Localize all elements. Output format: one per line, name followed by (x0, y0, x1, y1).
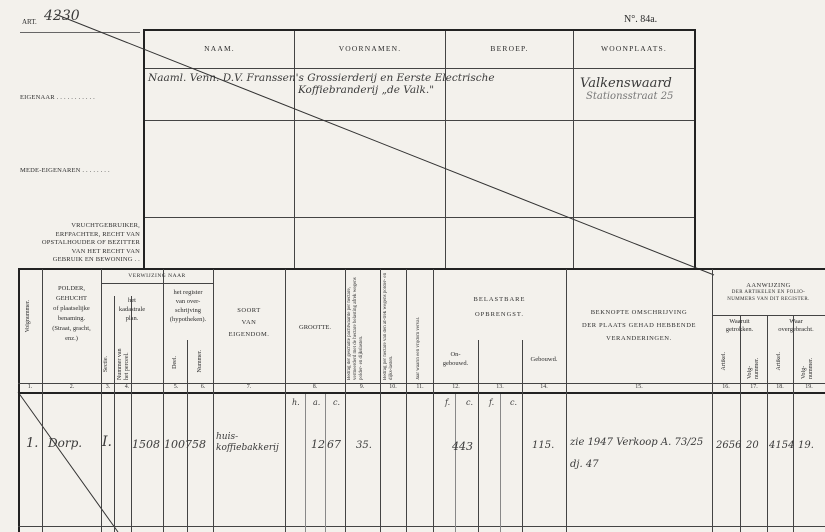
unit-c: c. (333, 398, 340, 407)
header-line: het register (163, 288, 213, 297)
header-line: VAN (213, 317, 285, 329)
colnum-9: 9. (352, 384, 372, 390)
header-line: kadastrale (101, 305, 163, 314)
header-line: VERANDERINGEN. (566, 332, 712, 345)
unit-h: h. (292, 398, 300, 407)
colnum-11: 11. (410, 384, 430, 390)
cell-sectie: I. (102, 434, 112, 450)
colnum-2: 2. (62, 384, 82, 390)
header-line: GEHUCHT (42, 294, 101, 304)
header-nummer: Nummer. (197, 350, 204, 373)
header-waaruit-getrokken: Waaruit getrokken. (712, 318, 767, 334)
header-line: het (101, 296, 163, 305)
header-deel: Deel. (172, 356, 179, 369)
header-line: EIGENDOM. (213, 329, 285, 341)
header-line: schrijving (163, 306, 213, 315)
unit-f-13: f. (489, 398, 494, 407)
unit-c-12: c. (466, 398, 473, 407)
cell-deel: 1007 (164, 438, 192, 451)
colnum-18: 18. (770, 384, 790, 390)
unit-f-12: f. (445, 398, 450, 407)
cell-soort: huis-koffiebakkerij (216, 432, 282, 454)
cell-volgnummer: 1. (26, 436, 38, 451)
header-line: On- (433, 350, 478, 359)
colnum-10: 10. (383, 384, 403, 390)
header-line: BELASTBARE (433, 292, 566, 307)
header-line: OPBRENGST. (433, 307, 566, 322)
header-volgnummer-19: Volg-nummer. (801, 345, 815, 379)
colnum-19: 19. (799, 384, 819, 390)
header-register-overschrijving: het register van over- schrijving (hypot… (163, 288, 213, 324)
header-line: gebouwd. (433, 359, 478, 368)
cell-nummer-perceel: 1508 (132, 438, 160, 451)
colnum-4: 4. (117, 384, 137, 390)
header-artikel-18: Artikel. (776, 352, 783, 371)
header-line: plan. (101, 314, 163, 323)
colnum-15: 15. (629, 384, 649, 390)
header-line: of plaatselijke (42, 304, 101, 314)
header-line: Waar (767, 318, 825, 326)
colnum-8: 8. (305, 384, 325, 390)
header-grootte: GROOTTE. (285, 324, 345, 331)
header-line: (hypotheken). (163, 315, 213, 324)
colnum-3: 3. (98, 384, 118, 390)
header-gebouwd: Gebouwd. (522, 356, 566, 363)
header-col10: Bedrag per hectare van den af-trek wegen… (383, 272, 405, 380)
header-volgnummer: Volgnummer. (25, 300, 32, 332)
header-nummer-perceel: Nummer van het perceel. (117, 340, 131, 380)
colnum-6: 6. (193, 384, 213, 390)
header-line: DER ARTIKELEN EN FOLIO- (712, 289, 825, 296)
header-line: POLDER, (42, 284, 101, 294)
unit-a: a. (313, 398, 320, 407)
cell-getrokken-volgnummer: 20 (746, 440, 759, 451)
header-polder: POLDER, GEHUCHT of plaatselijke benaming… (42, 284, 101, 344)
header-aanwijzing: AANWIJZING DER ARTIKELEN EN FOLIO- NUMME… (712, 282, 825, 303)
header-line: DER PLAATS GEHAD HEBBENDE (566, 319, 712, 332)
header-volgnummer-17: Volg-nummer. (747, 345, 761, 379)
header-waar-overgebracht: Waar overgebracht. (767, 318, 825, 334)
colnum-1: 1. (20, 384, 40, 390)
cell-gebouwd: 115. (532, 440, 554, 451)
header-kadastrale-plan: het kadastrale plan. (101, 296, 163, 323)
header-line: BEKNOPTE OMSCHRIJVING (566, 306, 712, 319)
cell-polder: Dorp. (48, 436, 82, 450)
header-ongebouwd: On- gebouwd. (433, 350, 478, 368)
header-line: Waaruit (712, 318, 767, 326)
header-line: getrokken. (712, 326, 767, 334)
colnum-16: 16. (716, 384, 736, 390)
cell-nummer: 58 (192, 438, 206, 451)
header-line: SOORT (213, 305, 285, 317)
header-col9: Bedrag der geschatte pachtwaarde per hec… (347, 272, 379, 380)
cell-omschrijving: zie 1947 Verkoop A. 73/25 dj. 47 (570, 432, 703, 476)
header-line: van over- (163, 297, 213, 306)
header-line: benaming. (42, 314, 101, 324)
colnum-17: 17. (744, 384, 764, 390)
colnum-14: 14. (534, 384, 554, 390)
header-verwijzing-naar: VERWIJZING NAAR (101, 273, 213, 279)
header-line: AANWIJZING (712, 282, 825, 289)
colnum-7: 7. (239, 384, 259, 390)
cell-col9: 35. (356, 440, 372, 451)
cell-overgebracht-volgnummer: 19. (798, 440, 814, 451)
header-col11: Jaar waarin een vrijdom verval. (415, 272, 422, 380)
header-soort: SOORT VAN EIGENDOM. (213, 305, 285, 341)
colnum-5: 5. (166, 384, 186, 390)
colnum-13: 13. (490, 384, 510, 390)
cell-grootte-a: 12 (311, 438, 325, 451)
cell-overgebracht-artikel: 4154 (769, 440, 794, 451)
header-sectie: Sectie. (103, 356, 110, 372)
cell-grootte-c: 67 (327, 438, 341, 451)
header-beknopte: BEKNOPTE OMSCHRIJVING DER PLAATS GEHAD H… (566, 306, 712, 345)
cell-getrokken-artikel: 2656 (716, 440, 741, 451)
unit-c-13: c. (510, 398, 517, 407)
cell-ongebouwd: 443 (452, 440, 473, 453)
header-line: (Straat, gracht, (42, 324, 101, 334)
header-artikel-16: Artikel. (721, 352, 728, 371)
colnum-12: 12. (446, 384, 466, 390)
omschrijving-line-2: dj. 47 (570, 454, 703, 476)
header-belastbare-opbrengst: BELASTBARE OPBRENGST. (433, 292, 566, 322)
header-line: NUMMERS VAN DIT REGISTER. (712, 296, 825, 303)
header-line: enz.) (42, 334, 101, 344)
omschrijving-line-1: zie 1947 Verkoop A. 73/25 (570, 432, 703, 454)
header-line: overgebracht. (767, 326, 825, 334)
